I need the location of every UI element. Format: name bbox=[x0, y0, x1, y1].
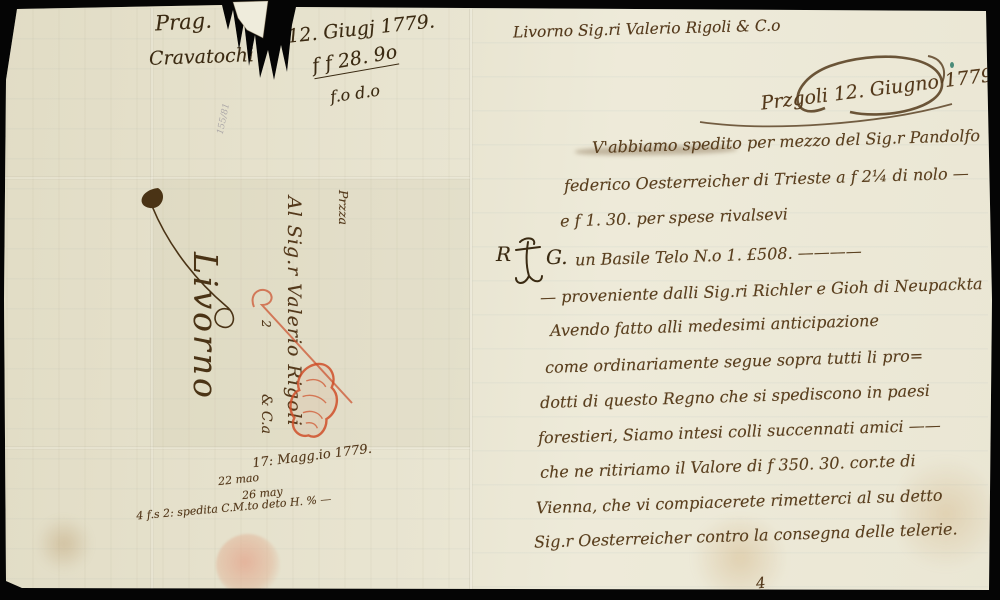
edge-vignette bbox=[0, 0, 1000, 600]
letter-paper: Prag. Cravatochi 12. Giugj 1779. f f 28.… bbox=[0, 0, 1000, 600]
photograph-background: Prag. Cravatochi 12. Giugj 1779. f f 28.… bbox=[0, 0, 1000, 600]
